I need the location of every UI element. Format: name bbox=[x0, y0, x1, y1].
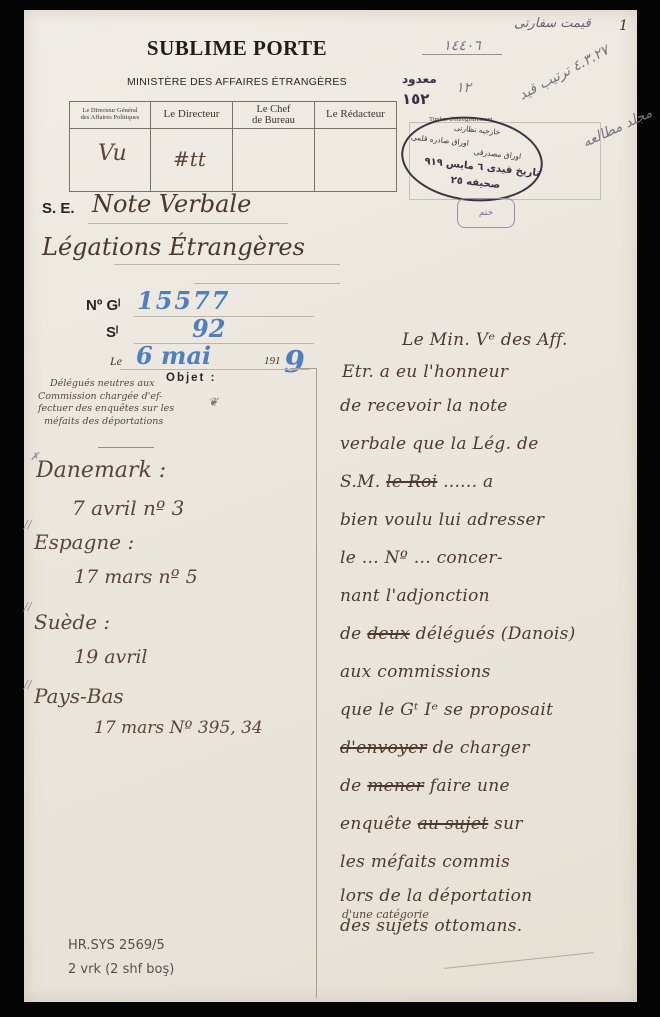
country-entry: Danemark : bbox=[36, 458, 166, 483]
routing-header: Le Chef de Bureau bbox=[233, 102, 314, 129]
ruled-line bbox=[194, 283, 340, 284]
closing-flourish bbox=[444, 952, 593, 969]
body-line: Le Min. Vᵉ des Aff. bbox=[402, 330, 568, 350]
body-line: d'envoyer de charger bbox=[340, 738, 530, 758]
routing-col-director: Le Directeur #tt bbox=[151, 102, 233, 191]
body-line: le ... Nº ... concer- bbox=[340, 548, 503, 568]
archive-note-line2: 2 vrk (2 shf boş) bbox=[68, 962, 174, 977]
body-line: Etr. a eu l'honneur bbox=[342, 362, 508, 382]
document-page: SUBLIME PORTE MINISTÈRE DES AFFAIRES ÉTR… bbox=[24, 10, 637, 1002]
letterhead-ministry: MINISTÈRE DES AFFAIRES ÉTRANGÈRES bbox=[24, 76, 450, 88]
no-general-label: Nº Gˡ bbox=[86, 297, 120, 314]
country-entry: Suède : bbox=[34, 610, 110, 634]
pencil-check-icon: // bbox=[24, 518, 31, 531]
routing-table: Le Directeur Général des Affaires Politi… bbox=[69, 101, 397, 192]
arabic-top-note: قيمت سفارتى bbox=[514, 16, 591, 31]
arabic-day: ١٢ bbox=[456, 80, 471, 96]
body-line: verbale que la Lég. de bbox=[340, 434, 539, 454]
count-value: ١٥٢ bbox=[402, 90, 429, 108]
country-entry: 7 avril nº 3 bbox=[72, 496, 184, 520]
body-line: aux commissions bbox=[340, 662, 491, 682]
country-entry: 17 mars nº 5 bbox=[74, 566, 198, 588]
column-divider-top bbox=[290, 368, 317, 369]
page-number: 1 bbox=[619, 18, 628, 34]
routing-col-chef-de-bureau: Le Chef de Bureau bbox=[233, 102, 315, 191]
routing-header: Le Directeur Général des Affaires Politi… bbox=[70, 102, 150, 129]
small-seal: ختم bbox=[457, 198, 515, 228]
body-line: de deux délégués (Danois) bbox=[340, 624, 576, 644]
country-entry: 17 mars Nº 395, 34 bbox=[94, 718, 263, 738]
ruled-line bbox=[120, 369, 310, 370]
divider-flourish bbox=[98, 447, 154, 448]
routing-header: Le Directeur bbox=[151, 102, 232, 129]
no-special-value: 92 bbox=[192, 314, 225, 343]
body-line: de recevoir la note bbox=[340, 396, 508, 416]
se-value: Note Verbale bbox=[92, 190, 251, 218]
body-line: bien voulu lui adresser bbox=[340, 510, 544, 530]
year-handwritten: 9 bbox=[284, 345, 305, 380]
routing-cell bbox=[315, 129, 396, 191]
body-line: enquête au sujet sur bbox=[340, 814, 523, 834]
body-line: les méfaits commis bbox=[340, 852, 510, 872]
body-line: que le Gᵗ Iᵉ se proposait bbox=[340, 700, 553, 720]
country-entry: 19 avril bbox=[74, 646, 148, 668]
ruled-line bbox=[114, 264, 340, 265]
routing-col-redacteur: Le Rédacteur bbox=[315, 102, 396, 191]
year-printed: 191 bbox=[264, 355, 281, 367]
body-line: S.M. le Roi ...... a bbox=[340, 472, 493, 492]
no-general-value: 15577 bbox=[137, 286, 231, 315]
routing-cell bbox=[233, 129, 314, 191]
object-text: Délégués neutres aux Commission chargée … bbox=[38, 378, 188, 428]
ruled-line bbox=[88, 223, 288, 224]
column-divider bbox=[316, 368, 317, 998]
routing-col-director-general: Le Directeur Général des Affaires Politi… bbox=[70, 102, 151, 191]
arabic-number: ١٤٤٠٦ bbox=[422, 38, 502, 55]
pencil-check-icon: // bbox=[24, 600, 31, 613]
country-entry: Pays-Bas bbox=[34, 684, 124, 708]
archive-note-line1: HR.SYS 2569/5 bbox=[68, 938, 165, 953]
ornament-icon: ❦ bbox=[208, 395, 218, 409]
country-entry: Espagne : bbox=[34, 530, 134, 554]
count-label: معدود bbox=[402, 72, 437, 86]
date-value: 6 mai bbox=[136, 341, 211, 370]
routing-cell: #tt bbox=[151, 129, 232, 191]
letterhead-title: SUBLIME PORTE bbox=[24, 36, 450, 61]
se-value-line2: Légations Étrangères bbox=[42, 233, 305, 261]
body-line: nant l'adjonction bbox=[340, 586, 490, 606]
signature: #tt bbox=[173, 147, 206, 171]
signature: Vu bbox=[98, 141, 127, 166]
body-line: de mener faire une bbox=[340, 776, 510, 796]
body-line: lors de la déportation bbox=[340, 886, 532, 906]
arabic-side-note: ٤.٣.٢٧ ترتيب قيد bbox=[516, 43, 611, 104]
body-line: des sujets ottomans. bbox=[340, 916, 523, 936]
no-special-label: Sˡ bbox=[106, 324, 118, 341]
pencil-check-icon: // bbox=[24, 678, 31, 691]
se-label: S. E. bbox=[42, 200, 75, 217]
date-label: Le bbox=[110, 354, 122, 369]
routing-cell: Vu bbox=[70, 129, 150, 191]
routing-header: Le Rédacteur bbox=[315, 102, 396, 129]
